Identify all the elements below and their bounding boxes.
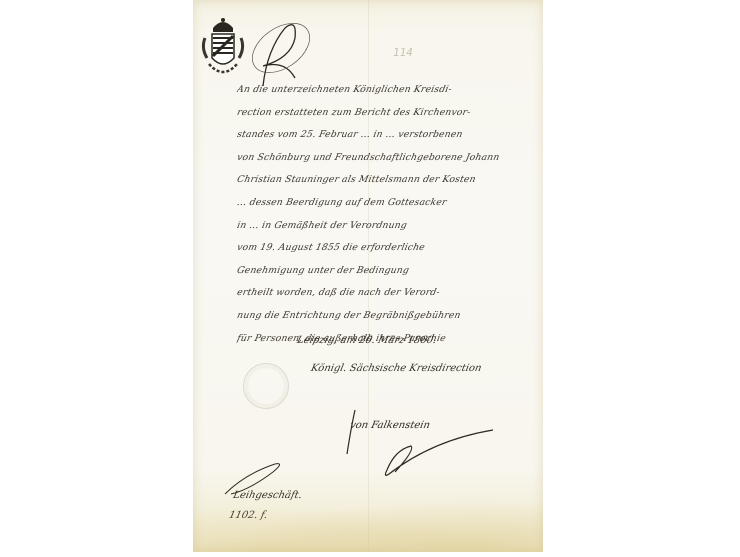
- body-line: von Schönburg und Freundschaftlichgebore…: [235, 147, 540, 170]
- body-line: ertheilt worden, daß die nach der Verord…: [235, 282, 540, 305]
- letter-body: An die unterzeichneten Königlichen Kreis…: [237, 79, 537, 350]
- body-line: vom 19. August 1855 die erforderliche: [235, 237, 540, 260]
- place-date: Leipzig, am 26. März 1860.: [296, 335, 437, 346]
- body-line: standes vom 25. Februar ... in ... verst…: [235, 124, 540, 147]
- signature: von Falkenstein: [349, 420, 431, 431]
- signature-flourish: [343, 400, 493, 480]
- note-line: Leihgeschäft.: [231, 486, 304, 506]
- note-line: 1102. f.: [227, 506, 300, 526]
- body-line: ... dessen Beerdigung auf dem Gottesacke…: [235, 192, 540, 215]
- marginal-note: Leihgeschäft. 1102. f.: [227, 486, 304, 526]
- body-line: in ... in Gemäßheit der Verordnung: [235, 215, 540, 238]
- body-line: Christian Stauninger als Mittelsmann der…: [235, 169, 540, 192]
- embossed-seal: [243, 363, 289, 409]
- body-line: rection erstatteten zum Bericht des Kirc…: [235, 102, 540, 125]
- letter-page: 114 An die unterzeichneten Königlichen K…: [193, 0, 543, 552]
- body-line: An die unterzeichneten Königlichen Kreis…: [235, 79, 540, 102]
- issuing-authority: Königl. Sächsische Kreisdirection: [310, 363, 483, 374]
- body-line: Genehmigung unter der Bedingung: [235, 260, 540, 283]
- body-line: nung die Entrichtung der Begräbnißgebühr…: [235, 305, 540, 328]
- archive-number: 114: [393, 46, 413, 59]
